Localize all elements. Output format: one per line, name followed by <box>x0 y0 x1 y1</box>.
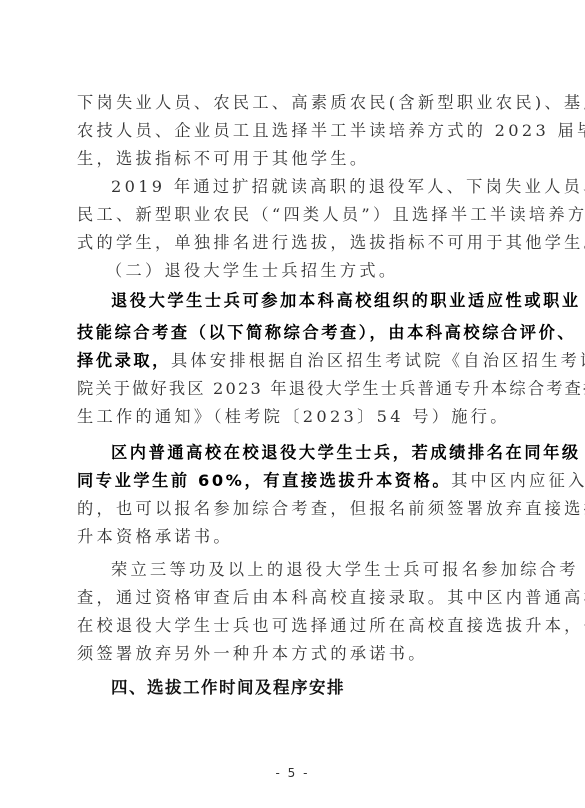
body-text-line: 荣立三等功及以上的退役大学生士兵可报名参加综合考 <box>111 559 507 581</box>
body-text-line: 生，选拔指标不可用于其他学生。 <box>77 148 507 170</box>
body-text-line: 退役大学生士兵可参加本科高校组织的职业适应性或职业 <box>111 290 507 312</box>
body-text-line: 下岗失业人员、农民工、高素质农民(含新型职业农民)、基层 <box>77 92 507 114</box>
normal-text: 其中区内应征入伍 <box>451 471 585 490</box>
body-text-line: 式的学生，单独排名进行选拔，选拔指标不可用于其他学生。 <box>77 232 507 254</box>
body-text-line: 农技人员、企业员工且选择半工半读培养方式的 2023 届毕业 <box>77 120 507 142</box>
body-text-line: 民工、新型职业农民（“四类人员”）且选择半工半读培养方 <box>77 204 507 226</box>
normal-text: 升本资格承诺书。 <box>77 527 233 546</box>
body-text-line: 升本资格承诺书。 <box>77 526 507 548</box>
body-text-line: 院关于做好我区 2023 年退役大学生士兵普通专升本综合考查招 <box>77 378 507 400</box>
bold-text: 技能综合考查（以下简称综合考查），由本科高校综合评价、 <box>77 323 576 342</box>
bold-text: 区内普通高校在校退役大学生士兵，若成绩排名在同年级 <box>111 443 581 462</box>
bold-text: 择优录取， <box>77 351 171 370</box>
body-text-line: 2019 年通过扩招就读高职的退役军人、下岗失业人员、农 <box>111 176 507 198</box>
body-text-line: 择优录取，具体安排根据自治区招生考试院《自治区招生考试 <box>77 350 507 372</box>
body-text-line: 技能综合考查（以下简称综合考查），由本科高校综合评价、 <box>77 322 507 344</box>
document-page: 下岗失业人员、农民工、高素质农民(含新型职业农民)、基层 农技人员、企业员工且选… <box>0 0 585 808</box>
body-text-line: 查，通过资格审查后由本科高校直接录取。其中区内普通高校 <box>77 587 507 609</box>
section-subheading: （二）退役大学生士兵招生方式。 <box>106 260 502 282</box>
normal-text: 院关于做好我区 2023 年退役大学生士兵普通专升本综合考查招 <box>77 379 585 398</box>
bold-text: 同专业学生前 60%，有直接选拔升本资格。 <box>77 471 451 490</box>
body-text-line: 的，也可以报名参加综合考查，但报名前须签署放弃直接选拔 <box>77 498 507 520</box>
body-text-line: 须签署放弃另外一种升本方式的承诺书。 <box>77 643 507 665</box>
normal-text: 的，也可以报名参加综合考查，但报名前须签署放弃直接选拔 <box>77 499 585 518</box>
normal-text: 生工作的通知》（桂考院〔2023〕54 号）施行。 <box>77 407 510 426</box>
body-text-line: 在校退役大学生士兵也可选择通过所在高校直接选拔升本，但 <box>77 615 507 637</box>
normal-text: 具体安排根据自治区招生考试院《自治区招生考试 <box>171 351 585 370</box>
body-text-line: 同专业学生前 60%，有直接选拔升本资格。其中区内应征入伍 <box>77 470 507 492</box>
page-number: - 5 - <box>0 766 585 780</box>
body-text-line: 区内普通高校在校退役大学生士兵，若成绩排名在同年级 <box>111 442 507 464</box>
body-text-line: 生工作的通知》（桂考院〔2023〕54 号）施行。 <box>77 406 507 428</box>
section-heading: 四、选拔工作时间及程序安排 <box>111 677 507 699</box>
bold-text: 退役大学生士兵可参加本科高校组织的职业适应性或职业 <box>111 291 581 310</box>
